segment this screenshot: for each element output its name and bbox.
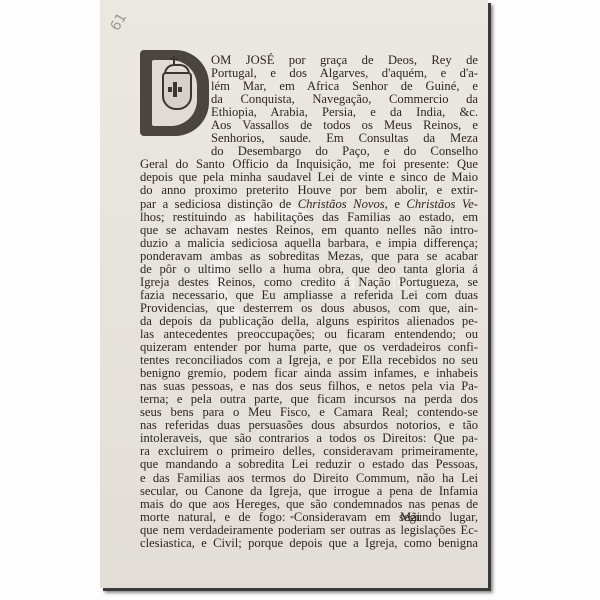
- text-line: fazia necessario, que Eu ampliasse a ref…: [140, 289, 478, 302]
- text-line: Providencias, que desterrem os dous abus…: [140, 302, 478, 315]
- signature-mark: *: [290, 514, 294, 523]
- document-body: OM JOSÉ por graça de Deos, Rey de Portug…: [140, 54, 478, 550]
- text-line-italic-terms: par a sediciosa distinção de Christãos N…: [140, 198, 478, 211]
- text-line: de pôr o ultimo sello a huma obra, que d…: [140, 263, 478, 276]
- catchword: Mãi: [400, 510, 420, 525]
- text-fragment: , e: [385, 197, 407, 211]
- text-line: Igreja destes Reinos, como credito á Naç…: [140, 276, 478, 289]
- text-line: e das Familias aos termos do Direito Com…: [140, 472, 478, 485]
- text-line: que nem verdadeiramente poderiam ser out…: [140, 524, 478, 537]
- italic-term-christaos-novos: Christãos Novos: [298, 197, 385, 211]
- text-line: que se achavam nestes Reinos, em quanto …: [140, 224, 478, 237]
- text-line: ponderavam ambas as sobreditas Mezas, qu…: [140, 250, 478, 263]
- text-line: lhos; restituindo as habilitações das Fa…: [140, 211, 478, 224]
- text-line: morte natural, e de fogo: Consideravam e…: [140, 511, 478, 524]
- text-line: mais do que aos Hereges, que são condemn…: [140, 498, 478, 511]
- text-line: duzio a malicia sediciosa aquella barbar…: [140, 237, 478, 250]
- text-line: secular, ou Canone da Igreja, que irrogu…: [140, 485, 478, 498]
- text-fragment: par a sediciosa distinção de: [140, 197, 298, 211]
- text-line: que mandando a sobredita Lei reduzir o e…: [140, 458, 478, 471]
- italic-term-christaos-velhos: Christãos Ve-: [406, 197, 478, 211]
- text-line: clesiastica, e Civil; porque depois que …: [140, 537, 478, 550]
